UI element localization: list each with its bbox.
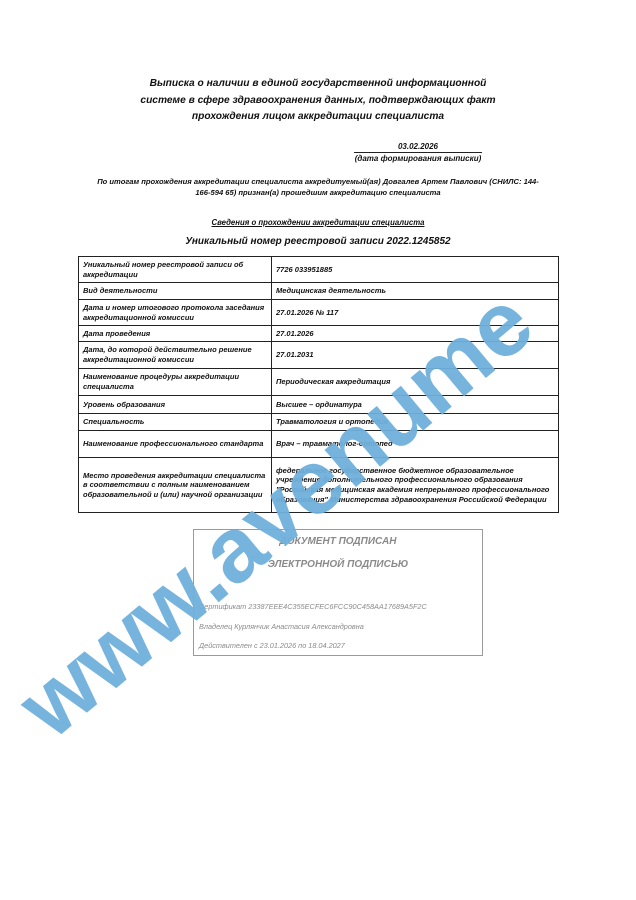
title-line: прохождения лицом аккредитации специалис… (100, 109, 536, 126)
row-value: Врач – травматолог-ортопед (272, 431, 559, 458)
intro-line: По итогам прохождения аккредитации специ… (82, 177, 554, 188)
table-row: Вид деятельностиМедицинская деятельность (79, 283, 559, 300)
row-value: 27.01.2026 № 117 (272, 300, 559, 326)
table-row: Место проведения аккредитации специалист… (79, 458, 559, 513)
e-signature-stamp: ДОКУМЕНТ ПОДПИСАН ЭЛЕКТРОННОЙ ПОДПИСЬЮ С… (193, 529, 483, 656)
title-line: Выписка о наличии в единой государственн… (100, 76, 536, 93)
row-value: Медицинская деятельность (272, 283, 559, 300)
table-row: Уникальный номер реестровой записи об ак… (79, 257, 559, 283)
row-label: Специальность (79, 414, 272, 431)
registry-number: Уникальный номер реестровой записи 2022.… (120, 236, 516, 247)
document-title: Выписка о наличии в единой государственн… (100, 76, 536, 126)
row-label: Место проведения аккредитации специалист… (79, 458, 272, 513)
table-row: Наименование процедуры аккредитации спец… (79, 369, 559, 396)
row-label: Дата и номер итогового протокола заседан… (79, 300, 272, 326)
signature-certificate: Сертификат 23387EEE4C355ECFEC6FCC90C458A… (199, 602, 427, 611)
issue-date-caption: (дата формирования выписки) (354, 153, 482, 163)
row-label: Наименование профессионального стандарта (79, 431, 272, 458)
row-label: Дата, до которой действительно решение а… (79, 342, 272, 369)
table-row: Уровень образованияВысшее – ординатура (79, 396, 559, 414)
intro-line: 166-594 65) признан(а) прошедшим аккреди… (82, 188, 554, 199)
title-line: системе в сфере здравоохранения данных, … (100, 93, 536, 110)
accreditation-table: Уникальный номер реестровой записи об ак… (78, 256, 559, 513)
row-value: Травматология и ортопедия (272, 414, 559, 431)
section-heading: Сведения о прохождении аккредитации спец… (150, 218, 486, 227)
row-label: Уникальный номер реестровой записи об ак… (79, 257, 272, 283)
signature-owner: Владелец Курлянчик Анастасия Александров… (199, 622, 364, 631)
row-value: 27.01.2031 (272, 342, 559, 369)
table-row: Дата и номер итогового протокола заседан… (79, 300, 559, 326)
intro-paragraph: По итогам прохождения аккредитации специ… (82, 177, 554, 198)
row-value: Высшее – ординатура (272, 396, 559, 414)
table-row: Дата, до которой действительно решение а… (79, 342, 559, 369)
row-label: Уровень образования (79, 396, 272, 414)
row-value: Периодическая аккредитация (272, 369, 559, 396)
table-row: Наименование профессионального стандарта… (79, 431, 559, 458)
table-row: Дата проведения27.01.2026 (79, 326, 559, 342)
signature-heading: ДОКУМЕНТ ПОДПИСАН (194, 536, 482, 547)
signature-heading: ЭЛЕКТРОННОЙ ПОДПИСЬЮ (194, 559, 482, 570)
row-value: 7726 033951885 (272, 257, 559, 283)
issue-date: 03.02.2026 (354, 142, 482, 153)
signature-validity: Действителен с 23.01.2026 по 18.04.2027 (199, 641, 345, 650)
row-label: Дата проведения (79, 326, 272, 342)
row-value: федеральное государственное бюджетное об… (272, 458, 559, 513)
row-label: Вид деятельности (79, 283, 272, 300)
table-row: СпециальностьТравматология и ортопедия (79, 414, 559, 431)
row-label: Наименование процедуры аккредитации спец… (79, 369, 272, 396)
issue-date-block: 03.02.2026 (дата формирования выписки) (354, 142, 482, 163)
row-value: 27.01.2026 (272, 326, 559, 342)
